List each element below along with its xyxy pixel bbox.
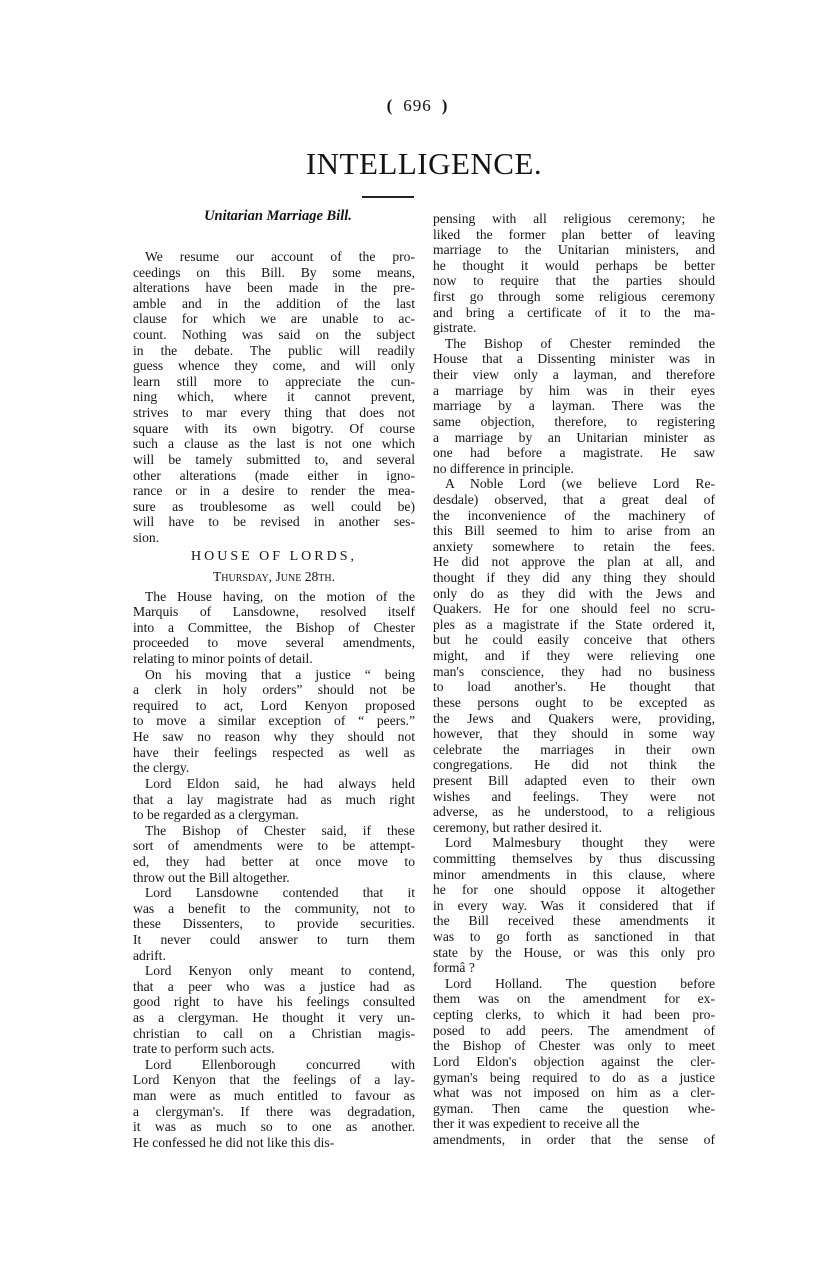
text-line: that a lay magistrate had as much right [133, 792, 415, 808]
text-line: only do as they did with the Jews and [433, 586, 715, 602]
text-line: present Bill adapted even to their own [433, 773, 715, 789]
text-line: pensing with all religious ceremony; he [433, 211, 715, 227]
text-line: will have to be revised in another ses- [133, 514, 415, 530]
text-line: On his moving that a justice “ being [133, 667, 415, 683]
text-line: wishes and feelings. They were not [433, 789, 715, 805]
date-heading: Thursday, June 28th. [133, 569, 415, 589]
text-line: Lord Eldon's objection against the cler- [433, 1054, 715, 1070]
text-line: as a clergyman. He thought it very un- [133, 1010, 415, 1026]
text-line: the clergy. [133, 760, 415, 776]
text-line: thought if they did any thing they shoul… [433, 570, 715, 586]
text-line: strives to mar every thing that does not [133, 405, 415, 421]
text-line: ples as a magistrate if the State ordere… [433, 617, 715, 633]
text-line: man's conscience, they had no business [433, 664, 715, 680]
text-line: in the debate. The public will readily [133, 343, 415, 359]
text-line: the Bill received these amendments it [433, 913, 715, 929]
text-line: such a clause as the last is not one whi… [133, 436, 415, 452]
text-line: amble and in the addition of the last [133, 296, 415, 312]
text-line: Marquis of Lansdowne, resolved itself [133, 604, 415, 620]
text-line: proceeded to move several amendments, [133, 635, 415, 651]
text-line: House that a Dissenting minister was in [433, 351, 715, 367]
text-line: this Bill seemed to him to arise from an [433, 523, 715, 539]
text-line: that a peer who was a justice had as [133, 979, 415, 995]
text-line: throw out the Bill altogether. [133, 870, 415, 886]
text-line: good right to have his feelings consulte… [133, 994, 415, 1010]
text-line: adrift. [133, 948, 415, 964]
text-line: gyman. Then came the question whe- [433, 1101, 715, 1117]
text-line: He saw no reason why they should not [133, 729, 415, 745]
text-line: will be tamely submitted to, and several [133, 452, 415, 468]
text-line: ther it was expedient to receive all the [433, 1116, 715, 1132]
text-line: now to require that the parties should [433, 273, 715, 289]
text-line: cepting clerks, to which it had been pro… [433, 1007, 715, 1023]
page-number: (696) [0, 96, 835, 116]
text-line: ceedings on this Bill. By some means, [133, 265, 415, 281]
text-line: square with its own bigotry. Of course [133, 421, 415, 437]
text-line: guess whence they come, and will only [133, 358, 415, 374]
text-line: he for one should oppose it altogether [433, 882, 715, 898]
text-line: Lord Malmesbury thought they were [433, 835, 715, 851]
text-line: might, and if they were relieving one [433, 648, 715, 664]
text-line: A Noble Lord (we believe Lord Re- [433, 476, 715, 492]
title-rule [362, 196, 414, 198]
text-line: man were as much entitled to favour as [133, 1088, 415, 1104]
text-line: gistrate. [433, 320, 715, 336]
text-line: Lord Holland. The question before [433, 976, 715, 992]
text-line: christian to call on a Christian magis- [133, 1026, 415, 1042]
text-line: liked the former plan better of leaving [433, 227, 715, 243]
text-line: a clergyman's. If there was degradation, [133, 1104, 415, 1120]
text-line: was a benefit to the community, not to [133, 901, 415, 917]
text-line: We resume our account of the pro- [133, 249, 415, 265]
text-line: adverse, as he understood, to a religiou… [433, 804, 715, 820]
text-line: marriage to the Unitarian ministers, and [433, 242, 715, 258]
text-line: He confessed he did not like this dis- [133, 1135, 415, 1151]
text-line: It never could answer to turn them [133, 932, 415, 948]
section-heading: Unitarian Marriage Bill. [133, 209, 415, 227]
text-line: what was not imposed on him as a cler- [433, 1085, 715, 1101]
text-line: He did not approve the plan at all, and [433, 554, 715, 570]
text-line: ceremony, but rather desired it. [433, 820, 715, 836]
text-line: gyman's being required to do as a justic… [433, 1070, 715, 1086]
text-line: Lord Ellenborough concurred with [133, 1057, 415, 1073]
text-line: to be regarded as a clergyman. [133, 807, 415, 823]
intro-paragraph: We resume our account of the pro-ceeding… [133, 249, 415, 546]
text-line: same objection, therefore, to registerin… [433, 414, 715, 430]
text-line: and bring a certificate of it to the ma- [433, 305, 715, 321]
text-line: the inconvenience of the machinery of [433, 508, 715, 524]
text-line: ed, they had better at once move to [133, 854, 415, 870]
text-line: The House having, on the motion of the [133, 589, 415, 605]
text-line: clause for which we are unable to ac- [133, 311, 415, 327]
text-line: Lord Kenyon that the feelings of a lay- [133, 1072, 415, 1088]
text-line: a marriage by him was in their eyes [433, 383, 715, 399]
text-line: sion. [133, 530, 415, 546]
text-line: Lord Lansdowne contended that it [133, 885, 415, 901]
text-line: in every way. Was it considered that if [433, 898, 715, 914]
right-column: pensing with all religious ceremony; hel… [433, 211, 715, 1148]
text-line: amendments, in order that the sense of [433, 1132, 715, 1148]
text-line: them was on the amendment for ex- [433, 991, 715, 1007]
text-line: count. Nothing was said on the subject [133, 327, 415, 343]
text-line: to move a similar exception of “ peers.” [133, 713, 415, 729]
text-line: a marriage by an Unitarian minister as [433, 430, 715, 446]
page-title: INTELLIGENCE. [0, 146, 835, 182]
text-line: desdale) observed, that a great deal of [433, 492, 715, 508]
text-line: to load another's. He thought that [433, 679, 715, 695]
text-line: the Bishop of Chester was only to meet [433, 1038, 715, 1054]
house-heading: HOUSE OF LORDS, [133, 549, 415, 569]
text-line: Quakers. He for one should feel no scru- [433, 601, 715, 617]
left-body: The House having, on the motion of theMa… [133, 589, 415, 1151]
left-column: Unitarian Marriage Bill. We resume our a… [133, 209, 415, 1151]
text-line: first go through some religious ceremony [433, 289, 715, 305]
text-line: their view only a layman, and therefore [433, 367, 715, 383]
text-line: posed to add peers. The amendment of [433, 1023, 715, 1039]
text-line: relating to minor points of detail. [133, 651, 415, 667]
text-line: anxiety somewhere to retain the fees. [433, 539, 715, 555]
text-line: he thought it would perhaps be better [433, 258, 715, 274]
text-line: these persons ought to be excepted as [433, 695, 715, 711]
text-line: was to go forth as sanctioned in that [433, 929, 715, 945]
text-line: however, that they should in some way [433, 726, 715, 742]
text-line: sort of amendments were to be attempt- [133, 838, 415, 854]
text-line: The Bishop of Chester said, if these [133, 823, 415, 839]
text-line: the Jews and Quakers were, providing, [433, 711, 715, 727]
text-line: celebrate the marriages in their own [433, 742, 715, 758]
text-line: alterations have been made in the pre- [133, 280, 415, 296]
text-line: have their feelings respected as well as [133, 745, 415, 761]
text-line: Lord Kenyon only meant to contend, [133, 963, 415, 979]
text-line: congregations. He did not think the [433, 757, 715, 773]
text-line: a clerk in holy orders” should not be [133, 682, 415, 698]
text-line: sure as troublesome as well could be) [133, 499, 415, 515]
text-line: minor amendments in this clause, where [433, 867, 715, 883]
text-line: formâ ? [433, 960, 715, 976]
text-line: ning which, where it cannot prevent, [133, 389, 415, 405]
text-line: committing themselves by thus discussing [433, 851, 715, 867]
text-line: into a Committee, the Bishop of Chester [133, 620, 415, 636]
text-line: The Bishop of Chester reminded the [433, 336, 715, 352]
text-line: rance or in a desire to render the mea- [133, 483, 415, 499]
text-line: other alterations (made either in igno- [133, 468, 415, 484]
text-line: but he could easily conceive that others [433, 632, 715, 648]
text-line: these Dissenters, to provide securities. [133, 916, 415, 932]
text-line: Lord Eldon said, he had always held [133, 776, 415, 792]
text-line: required to act, Lord Kenyon proposed [133, 698, 415, 714]
text-line: no difference in principle. [433, 461, 715, 477]
text-line: trate to perform such acts. [133, 1041, 415, 1057]
text-line: state by the House, or was this only pro [433, 945, 715, 961]
text-line: one had before a magistrate. He saw [433, 445, 715, 461]
text-line: learn still more to appreciate the cun- [133, 374, 415, 390]
text-line: marriage by a layman. There was the [433, 398, 715, 414]
text-line: it was as much so to one as another. [133, 1119, 415, 1135]
